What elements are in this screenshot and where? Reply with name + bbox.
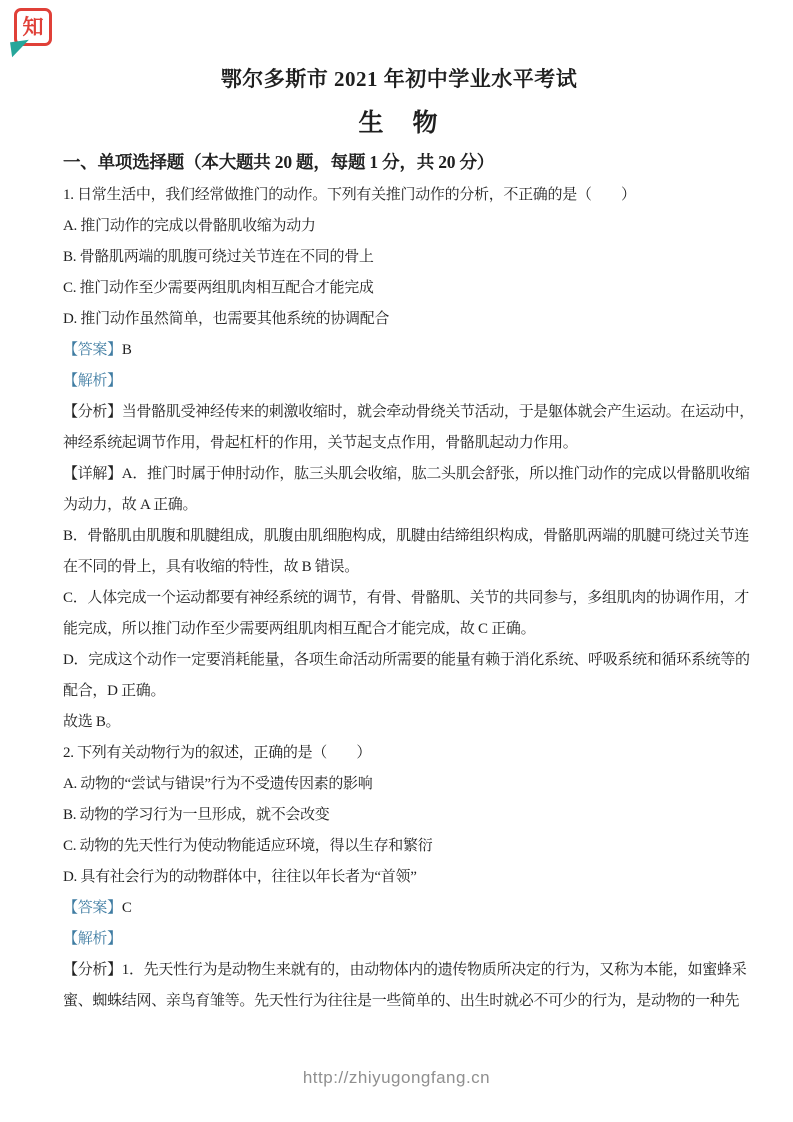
q2-stem: 2. 下列有关动物行为的叙述，正确的是（ ） (63, 738, 735, 769)
q2-answer-label: 【答案】 (63, 900, 122, 916)
q2-answer-line: 【答案】C (63, 893, 735, 924)
section-heading: 一、单项选择题（本大题共 20 题，每题 1 分，共 20 分） (63, 150, 735, 174)
q1-answer-line: 【答案】B (63, 335, 735, 366)
q2-option-a: A. 动物的“尝试与错误”行为不受遗传因素的影响 (63, 769, 735, 800)
q1-answer-label: 【答案】 (63, 342, 122, 358)
q1-option-d: D. 推门动作虽然简单，也需要其他系统的协调配合 (63, 304, 735, 335)
footer-url: http://zhiyugongfang.cn (0, 1067, 793, 1089)
q1-detail-line: 【详解】A．推门时属于伸肘动作，肱三头肌会收缩，肱二头肌会舒张，所以推门动作的完… (63, 459, 735, 490)
q1-answer-value: B (122, 342, 132, 358)
q1-detail-line: 在不同的骨上，具有收缩的特性，故 B 错误。 (63, 552, 735, 583)
exam-document-page: 知 鄂尔多斯市 2021 年初中学业水平考试 生 物 一、单项选择题（本大题共 … (0, 0, 793, 1122)
q1-detail-line: C．人体完成一个运动都要有神经系统的调节，有骨、骨骼肌、关节的共同参与，多组肌肉… (63, 583, 735, 614)
q1-detail-line: 为动力，故 A 正确。 (63, 490, 735, 521)
q2-option-d: D. 具有社会行为的动物群体中，往往以年长者为“首领” (63, 862, 735, 893)
q2-analysis-line: 蜜、蜘蛛结网、亲鸟育雏等。先天性行为往往是一些简单的、出生时就必不可少的行为，是… (63, 986, 735, 1017)
q1-detail-line: B．骨骼肌由肌腹和肌腱组成，肌腹由肌细胞构成，肌腱由结缔组织构成，骨骼肌两端的肌… (63, 521, 735, 552)
q2-option-c: C. 动物的先天性行为使动物能适应环境，得以生存和繁衍 (63, 831, 735, 862)
exam-title: 鄂尔多斯市 2021 年初中学业水平考试 (63, 64, 735, 94)
q2-option-b: B. 动物的学习行为一旦形成，就不会改变 (63, 800, 735, 831)
q1-conclusion-line: 故选 B。 (63, 707, 735, 738)
q1-option-b: B. 骨骼肌两端的肌腹可绕过关节连在不同的骨上 (63, 242, 735, 273)
q1-analysis-line: 【分析】当骨骼肌受神经传来的刺激收缩时，就会牵动骨绕关节活动，于是躯体就会产生运… (63, 397, 735, 428)
q2-analysis-label: 【解析】 (63, 924, 735, 955)
q1-detail-line: D．完成这个动作一定要消耗能量，各项生命活动所需要的能量有赖于消化系统、呼吸系统… (63, 645, 735, 676)
exam-subject: 生 物 (63, 108, 735, 140)
q1-detail-line: 能完成，所以推门动作至少需要两组肌肉相互配合才能完成，故 C 正确。 (63, 614, 735, 645)
q1-analysis-label: 【解析】 (63, 366, 735, 397)
q1-option-c: C. 推门动作至少需要两组肌肉相互配合才能完成 (63, 273, 735, 304)
q1-stem: 1. 日常生活中，我们经常做推门的动作。下列有关推门动作的分析，不正确的是（ ） (63, 180, 735, 211)
q1-analysis-line: 神经系统起调节作用，骨起杠杆的作用，关节起支点作用，骨骼肌起动力作用。 (63, 428, 735, 459)
q2-answer-value: C (122, 900, 132, 916)
q1-option-a: A. 推门动作的完成以骨骼肌收缩为动力 (63, 211, 735, 242)
logo-glyph: 知 (23, 17, 44, 38)
document-content: 鄂尔多斯市 2021 年初中学业水平考试 生 物 一、单项选择题（本大题共 20… (63, 64, 735, 1017)
logo-ribbon-icon (10, 40, 31, 57)
site-logo: 知 (14, 8, 60, 58)
q2-analysis-line: 【分析】1．先天性行为是动物生来就有的，由动物体内的遗传物质所决定的行为，又称为… (63, 955, 735, 986)
q1-detail-line: 配合，D 正确。 (63, 676, 735, 707)
